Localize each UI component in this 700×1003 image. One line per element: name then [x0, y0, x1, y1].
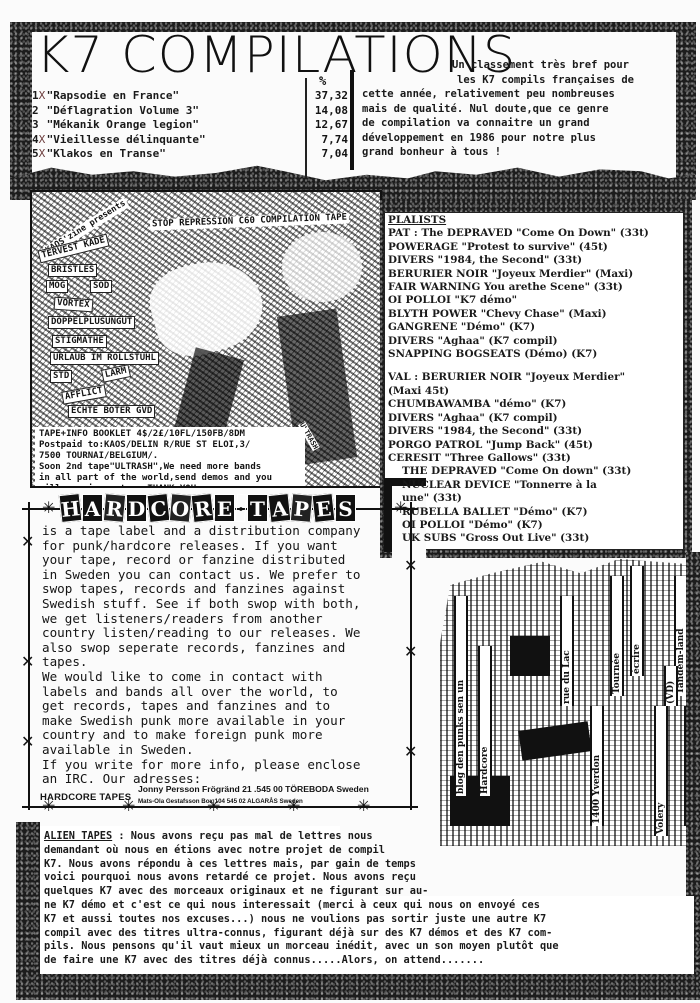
ranking-title: "Déflagration Volume 3"	[47, 104, 199, 117]
flyer-band: LARM	[101, 364, 131, 382]
flyer-info-line: in all part of the world,send demos and …	[39, 473, 301, 484]
flyer-band: STD	[50, 370, 72, 383]
intro-line: grand bonheur à tous !	[362, 145, 684, 160]
playlists-heading: PLALISTS	[388, 214, 684, 227]
intro-line: développement en 1986 pour notre plus	[362, 131, 684, 146]
flyer-photo-highlight	[282, 232, 362, 302]
playlists: PLALISTS PAT : The DEPRAVED "Come On Dow…	[388, 214, 684, 546]
playlist-entry: (Maxi 45t)	[388, 385, 684, 398]
address-line: Jonny Persson Frögränd 21 .545 00 TÖREBO…	[138, 784, 369, 794]
alien-tapes-border-left	[16, 822, 40, 992]
flyer-info-line: will receive a tape.THANK YOU.	[39, 484, 301, 488]
flyer-info-line: 7500 TOURNAI/BELGIUM/.	[39, 451, 301, 462]
intro-line: les K7 compils françaises de	[362, 73, 684, 88]
hardcore-tapes-brand: HARDCORE TAPES	[40, 792, 131, 803]
alien-tapes-label: ALIEN TAPES	[44, 830, 112, 842]
hardcore-tapes-line: also swop seperate records, fanzines and	[42, 641, 414, 656]
intro-paragraph: Un classement très bref pour les K7 comp…	[362, 58, 684, 160]
hardcore-tapes-line: get records, tapes and fanzines and to	[42, 699, 414, 714]
intro-line: cette année, relativement peu nombreuses	[362, 87, 684, 102]
hardcore-tapes-line: in Sweden you can contact us. We prefer …	[42, 568, 414, 583]
hardcore-tapes-line: make Swedish punk more available in your	[42, 714, 414, 729]
playlist-entry: BERURIER NOIR "Joyeux Merdier" (Maxi)	[388, 268, 684, 281]
logo-letter: D	[126, 494, 147, 522]
flyer-title: STOP REPRESSION C60 COMPILATION TAPE	[150, 213, 349, 231]
collage-ink	[518, 721, 591, 760]
flyer-info-line: TAPE+INFO BOOKLET 4$/2£/10FL/150FB/8DM	[39, 429, 301, 440]
hardcore-tapes-line: country listen/reading to our releases. …	[42, 626, 414, 641]
clipping-strip: rue du Lac	[560, 596, 574, 706]
barb-icon: ✕	[21, 534, 34, 550]
intro-line: Un classement très bref pour	[362, 58, 684, 73]
playlist-entry: une" (33t)	[388, 492, 684, 505]
ranking-title: "Vieillesse délinquante"	[47, 133, 206, 146]
flyer-info: TAPE+INFO BOOKLET 4$/2£/10FL/150FB/8DM P…	[35, 427, 305, 488]
logo-letter: T	[247, 494, 268, 522]
header-border-left	[10, 22, 32, 190]
ranking-percent: 7,04	[312, 147, 348, 162]
playlist-entry: VAL : BERURIER NOIR "Joyeux Merdier"	[388, 371, 684, 384]
alien-tapes-line: ne K7 démo et c'est ce qui nous interess…	[44, 899, 559, 913]
playlist-entry: BLYTH POWER "Chevy Chase" (Maxi)	[388, 308, 684, 321]
flyer-band: MOG	[46, 280, 68, 293]
column-divider	[305, 78, 307, 178]
logo-letter: A	[82, 494, 103, 522]
logo-letter: ·	[235, 494, 247, 523]
flyer-band: BRISTLES	[48, 264, 97, 277]
hardcore-tapes-line: If you write for more info, please enclo…	[42, 758, 414, 773]
playlist-entry: FAIR WARNING You arethe Scene" (33t)	[388, 281, 684, 294]
playlist-entry: GANGRENE "Démo" (K7)	[388, 321, 684, 334]
playlist-spacer	[388, 361, 684, 371]
ranking-percent: 37,32	[312, 89, 348, 104]
logo-letter: R	[103, 493, 126, 523]
hardcore-tapes-line: labels and bands all over the world, to	[42, 685, 414, 700]
ranking-row: 2"Déflagration Volume 3"	[32, 104, 206, 119]
ranking-percentages: 37,3214,0812,677,747,04	[312, 89, 348, 162]
clipping-strip: Hardcore	[478, 646, 492, 796]
playlist-entry: POWERAGE "Protest to survive" (45t)	[388, 241, 684, 254]
hardcore-tapes-line: tapes.	[42, 655, 414, 670]
ranking-row: 1X"Rapsodie en France"	[32, 89, 206, 104]
hardcore-tapes-line: country and to make foreign punk more	[42, 728, 414, 743]
playlist-entry: RUBELLA BALLET "Démo" (K7)	[388, 506, 684, 519]
playlist-entry: UK SUBS "Gross Out Live" (33t)	[388, 532, 684, 545]
hardcore-tapes-line: We would like to come in contact with	[42, 670, 414, 685]
ranking-number: 1	[32, 89, 39, 102]
flyer-info-line: Soon 2nd tape"ULTRASH",We need more band…	[39, 462, 301, 473]
flyer-band: STIGMATHE	[52, 335, 107, 348]
playlist-entry: DIVERS "1984, the Second" (33t)	[388, 254, 684, 267]
playlist-entry: SNAPPING BOGSEATS (Démo) (K7)	[388, 348, 684, 361]
hardcore-tapes-line: for punk/hardcore releases. If you want	[42, 539, 414, 554]
alien-tapes-line-text: : Nous avons reçu pas mal de lettres nou…	[112, 830, 372, 842]
logo-letter: P	[290, 493, 313, 523]
alien-tapes-line: voici pourquoi nous avons retardé ce pro…	[44, 871, 559, 885]
ranking-title: "Klakos en Transe"	[47, 147, 166, 160]
barb-icon: ✕	[21, 734, 34, 750]
ranking-title: "Rapsodie en France"	[47, 89, 179, 102]
hardcore-tapes-line: we get listeners/readers from another	[42, 612, 414, 627]
logo-letter: R	[191, 493, 215, 523]
ranking-percent: 7,74	[312, 133, 348, 148]
hardcore-tapes-line: swop tapes, records and fanzines against	[42, 582, 414, 597]
clipping-strip: écrire	[630, 566, 644, 676]
logo-letter: H	[59, 493, 83, 523]
ranking-title: "Mékanik Orange legion"	[47, 118, 199, 131]
ranking-number: 5	[32, 147, 39, 160]
clippings-collage: blog den punks sen unHardcoreTournéeécri…	[440, 556, 696, 846]
flyer-band: ECHTE BOTER GVD	[68, 405, 155, 418]
flyer-info-line: Postpaid to:KAOS/DELIN R/RUE ST ELOI,3/	[39, 440, 301, 451]
ranking-row: 3"Mékanik Orange legion"	[32, 118, 206, 133]
alien-tapes-line: quelques K7 avec des morceaux originaux …	[44, 885, 559, 899]
alien-tapes-line: K7. Nous avons répondu à ces lettres mai…	[44, 858, 559, 872]
fanzine-page: K7 COMPILATIONS % 1X"Rapsodie en France"…	[0, 0, 700, 1003]
playlist-entry: DIVERS "1984, the Second" (33t)	[388, 425, 684, 438]
alien-tapes-line: compil avec des titres ultra-connus, fig…	[44, 927, 559, 941]
ranking-row: 5X"Klakos en Transe"	[32, 147, 206, 162]
playlist-entry: OI POLLOI "Démo" (K7)	[388, 519, 684, 532]
collage-ink	[510, 636, 550, 676]
intro-line: mais de qualité. Nul doute,que ce genre	[362, 102, 684, 117]
logo-letter: S	[335, 494, 356, 522]
logo-letter: E	[214, 494, 235, 522]
flyer-band: DOPPELPLUSUNGUT	[48, 316, 135, 329]
playlist-entry: CERESIT "Three Gallows" (33t)	[388, 452, 684, 465]
logo-letter: E	[312, 493, 336, 523]
alien-tapes-line: de faire une K7 avec des titres déjà con…	[44, 954, 559, 968]
address-line: Mats-Ola Gestafsson Box 104 545 02 ALGAR…	[138, 798, 303, 805]
ranking-percent: 12,67	[312, 118, 348, 133]
alien-tapes-line: demandant où nous en étions avec notre p…	[44, 844, 559, 858]
ranking-list: 1X"Rapsodie en France"2"Déflagration Vol…	[32, 89, 206, 162]
alien-tapes-border-bottom	[16, 972, 700, 1000]
hardcore-tapes-line: is a tape label and a distribution compa…	[42, 524, 414, 539]
ranking-number: 3	[32, 118, 39, 131]
ranking-check-mark: X	[39, 89, 47, 104]
playlist-entry: OI POLLOI "K7 démo"	[388, 294, 684, 307]
hardcore-tapes-logo: HARDCORE·TAPES	[60, 494, 356, 524]
ranking-number: 2	[32, 104, 39, 117]
clipping-strip: Volery	[654, 706, 668, 836]
ranking-row: 4X"Vieillesse délinquante"	[32, 133, 206, 148]
logo-letter: A	[268, 493, 292, 523]
alien-tapes-line: pils. Nous pensons qu'il vaut mieux un m…	[44, 940, 559, 954]
alien-tapes-line: ALIEN TAPES : Nous avons reçu pas mal de…	[44, 830, 559, 844]
hardcore-tapes-text: is a tape label and a distribution compa…	[42, 524, 414, 787]
ranking-check-mark: X	[39, 147, 47, 162]
playlist-entry: PORGO PATROL "Jump Back" (45t)	[388, 439, 684, 452]
barb-icon: ✳	[357, 798, 370, 814]
barb-icon: ✳	[394, 500, 407, 516]
hardcore-tapes-line: your tape, record or fanzine distributed	[42, 553, 414, 568]
clipping-strip: Tournée	[610, 576, 624, 696]
flyer-photo-highlight	[142, 249, 272, 364]
flyer-band: VORTEX	[54, 297, 93, 313]
barb-icon: ✕	[21, 654, 34, 670]
barb-icon: ✳	[42, 500, 55, 516]
playlist-entry: THE DEPRAVED "Come On down" (33t)	[388, 465, 684, 478]
clipping-strip: (VD)	[664, 666, 678, 706]
playlist-entry: PAT : The DEPRAVED "Come On Down" (33t)	[388, 227, 684, 240]
column-divider-thick	[350, 70, 354, 170]
compilation-flyer: KAOS'zine presents STOP REPRESSION C60 C…	[30, 190, 382, 488]
playlist-entry: NUCLEAR DEVICE "Tonnerre à la	[388, 479, 684, 492]
flyer-band: AFFLICT	[61, 384, 107, 404]
hardcore-tapes-line: Swedish stuff. See if both swop with bot…	[42, 597, 414, 612]
logo-letter: O	[169, 493, 192, 523]
alien-tapes-text: ALIEN TAPES : Nous avons reçu pas mal de…	[44, 830, 559, 968]
ranking-percent: 14,08	[312, 104, 348, 119]
flyer-band: URLAUB IM ROLLSTUHL	[50, 352, 159, 365]
ranking-check-mark: X	[39, 133, 47, 148]
logo-letter: C	[147, 493, 171, 523]
intro-line: de compilation va connaitre un grand	[362, 116, 684, 131]
flyer-band: SOD	[90, 280, 112, 293]
hardcore-tapes-line: available in Sweden.	[42, 743, 414, 758]
percent-header: %	[319, 74, 326, 88]
clipping-strip: blog den punks sen un	[454, 596, 468, 796]
clipping-strip: 1400 Yverdon	[590, 706, 604, 826]
playlist-entry: DIVERS "Aghaa" (K7 compil)	[388, 412, 684, 425]
alien-tapes-line: K7 et aussi toutes nos excuses...) nous …	[44, 913, 559, 927]
playlist-entry: CHUMBAWAMBA "démo" (K7)	[388, 398, 684, 411]
ranking-number: 4	[32, 133, 39, 146]
playlist-entry: DIVERS "Aghaa" (K7 compil)	[388, 335, 684, 348]
